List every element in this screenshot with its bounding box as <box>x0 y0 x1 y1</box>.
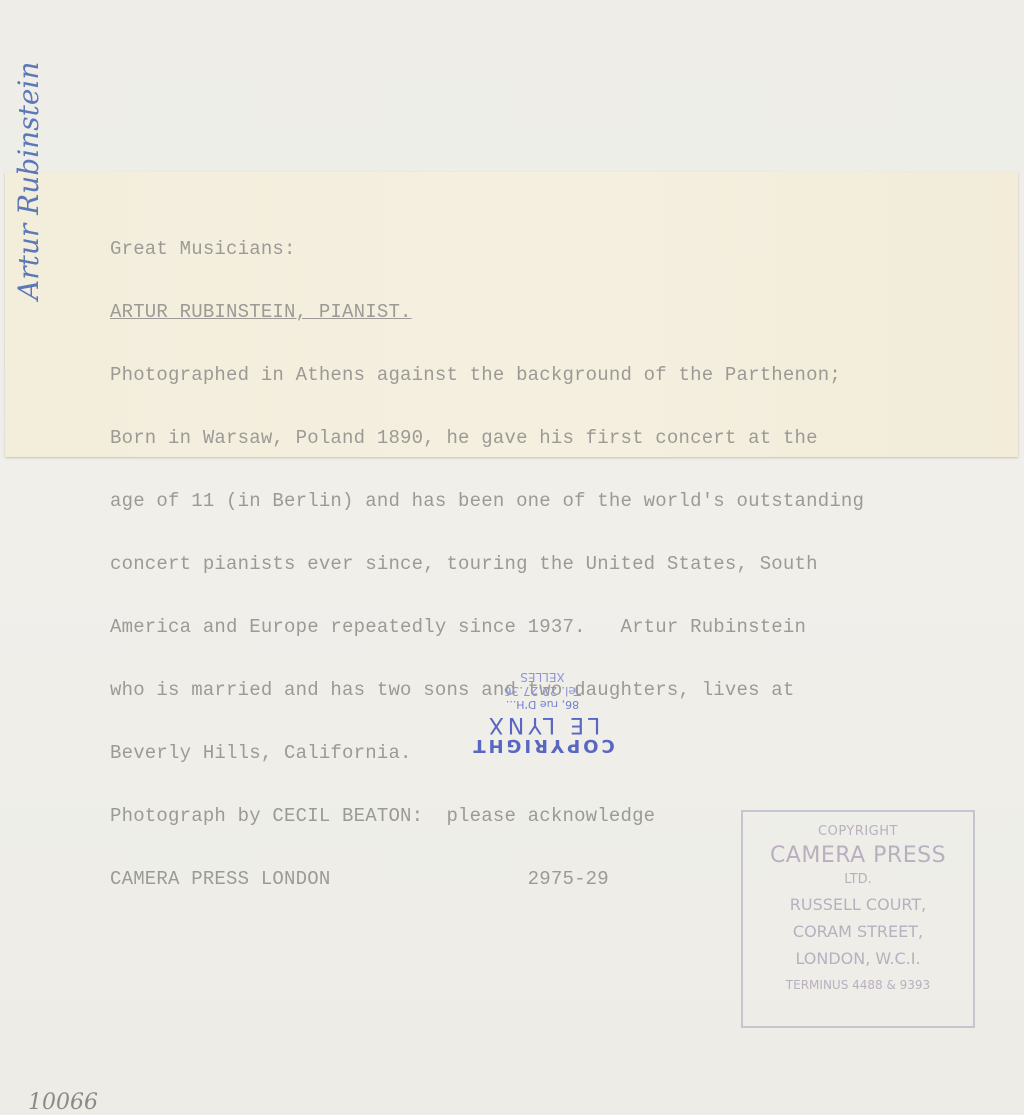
stamp-line: 86, rue D’H... <box>420 698 665 711</box>
stamp-line: LONDON, W.C.I. <box>743 949 973 968</box>
caption-line: America and Europe repeatedly since 1937… <box>110 617 864 638</box>
caption-line: Photographed in Athens against the backg… <box>110 365 864 386</box>
stamp-line: TERMINUS 4488 & 9393 <box>743 978 973 992</box>
camera-press-copyright-stamp: COPYRIGHT CAMERA PRESS LTD. RUSSELL COUR… <box>741 810 975 1028</box>
caption-title: ARTUR RUBINSTEIN, PIANIST. <box>110 302 864 323</box>
caption-line: Born in Warsaw, Poland 1890, he gave his… <box>110 428 864 449</box>
stamp-line: XELLES <box>420 670 665 684</box>
stamp-line: CORAM STREET, <box>743 922 973 941</box>
stamp-line: COPYRIGHT <box>420 735 665 756</box>
caption-line: age of 11 (in Berlin) and has been one o… <box>110 491 864 512</box>
handwritten-signature: Artur Rubinstein <box>12 62 45 300</box>
handwritten-catalog-number: 10066 <box>28 1090 98 1115</box>
caption-line: concert pianists ever since, touring the… <box>110 554 864 575</box>
le-lynx-copyright-stamp: COPYRIGHT LE LYNX 86, rue D’H... Tel. 22… <box>420 638 665 756</box>
caption-text: Great Musicians: ARTUR RUBINSTEIN, PIANI… <box>110 197 864 911</box>
stamp-line: RUSSELL COURT, <box>743 895 973 914</box>
stamp-line: COPYRIGHT <box>743 824 973 839</box>
stamp-line: CAMERA PRESS <box>743 843 973 868</box>
stamp-line: LE LYNX <box>420 713 665 735</box>
stamp-line: Tel. 22.27.36 <box>420 684 665 698</box>
stamp-line: LTD. <box>743 872 973 887</box>
caption-category: Great Musicians: <box>110 239 864 260</box>
